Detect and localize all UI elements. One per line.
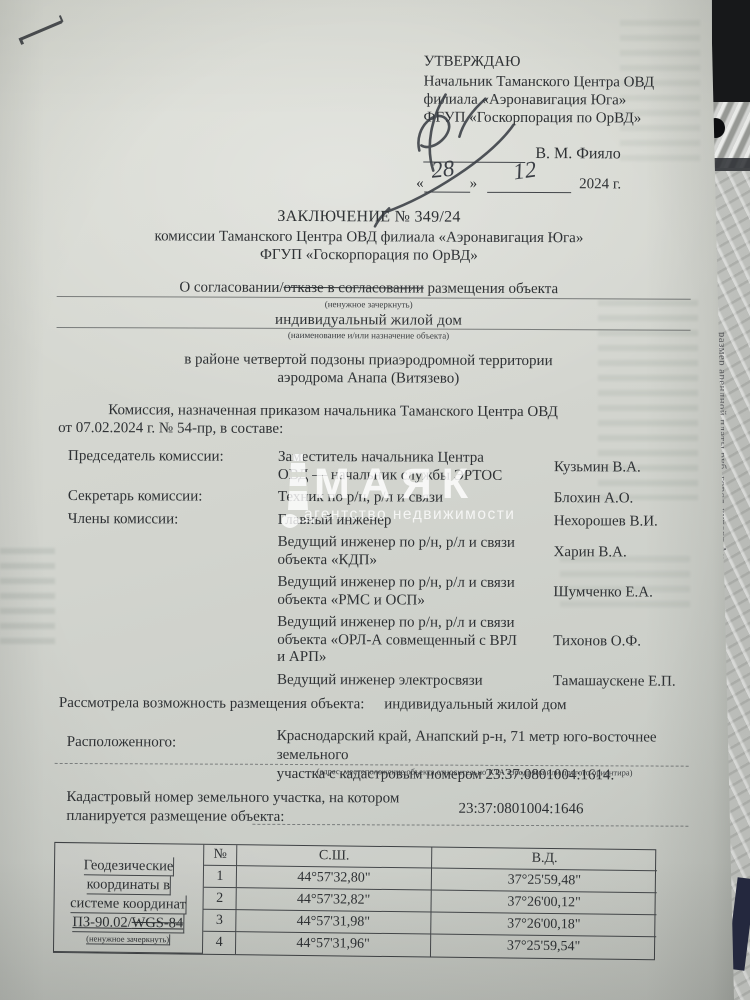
- geo-cell: 37°26'00,18": [431, 913, 656, 938]
- member-position: Заместитель начальника Центра ОВД — нача…: [278, 449, 554, 485]
- zone-description: в районе четвертой подзоны приаэродромно…: [38, 350, 698, 389]
- coordinate-system: ПЗ-90.02/WGS-84: [72, 913, 184, 933]
- caption-object-name: (наименование и/или назначение объекта): [199, 330, 539, 341]
- caption-cross-out: (ненужное зачеркнуть): [199, 299, 539, 310]
- scanned-document-photo: аренды (без торгов» (далее – Порядок) по…: [0, 0, 750, 1000]
- commission-row: Ведущий инженер по р/н, р/л и связи объе…: [67, 613, 687, 668]
- geo-header-lon: В.Д.: [432, 848, 657, 872]
- member-name: Блохин А.О.: [554, 490, 688, 508]
- dark-background-strip: [712, 0, 750, 108]
- geo-cell: 4: [203, 932, 236, 954]
- consideration-value: индивидуальный жилой дом: [384, 696, 566, 713]
- member-role: [67, 613, 277, 666]
- geo-cell: 44°57'32,82": [237, 888, 432, 912]
- geo-system-cell: Геодезические координаты в системе коорд…: [54, 843, 204, 954]
- title-line3: ФГУП «Госкорпорация по ОрВД»: [39, 245, 699, 266]
- cadastre-label: Кадастровый номер земельного участка, на…: [66, 788, 406, 827]
- geo-cell: 37°25'59,54": [431, 935, 656, 960]
- member-role: [67, 670, 277, 688]
- member-name: Нехорошев В.И.: [554, 513, 688, 531]
- date-year: 2024 г.: [579, 175, 621, 193]
- intro-line2: от 07.02.2024 г. № 54-пр, в составе:: [58, 419, 678, 440]
- document-title: ЗАКЛЮЧЕНИЕ № 349/24 комиссии Таманского …: [39, 207, 699, 266]
- geo-cell: 44°57'31,98": [236, 910, 431, 934]
- document-page: УТВЕРЖДАЮ Начальник Таманского Центра ОВ…: [0, 0, 750, 1000]
- geo-header-lat: С.Ш.: [237, 845, 432, 868]
- member-position: Техник по р/н, р/л и связи: [278, 489, 554, 508]
- member-position: Ведущий инженер по р/н, р/л и связи объе…: [277, 574, 553, 610]
- location-label: Расположенного:: [67, 733, 177, 751]
- member-position: Главный инженер: [278, 511, 554, 530]
- geo-header-num: №: [204, 845, 237, 866]
- zone-line2: аэродрома Анапа (Витязево): [38, 368, 698, 389]
- geo-coordinates-table: Геодезические координаты в системе коорд…: [53, 842, 656, 960]
- commission-row: Ведущий инженер по р/н, р/л и связи объе…: [68, 533, 688, 571]
- consideration-label: Рассмотрела возможность размещения объек…: [59, 695, 365, 712]
- commission-intro: Комиссия, назначенная приказом начальник…: [58, 401, 678, 440]
- member-name: Тихонов О.Ф.: [553, 633, 687, 651]
- member-position: Ведущий инженер по р/н, р/л и связи объе…: [278, 534, 554, 570]
- commission-row: Председатель комиссии: Заместитель начал…: [68, 448, 688, 486]
- subject-agree: О согласовании/: [179, 279, 283, 295]
- caption-cross-out-2: (ненужное зачеркнуть): [86, 933, 170, 945]
- consideration-line: Рассмотрела возможность размещения объек…: [59, 694, 567, 714]
- subject-tail: размещения объекта: [424, 281, 558, 298]
- geo-cell: 37°25'59,48": [432, 869, 657, 894]
- commission-row: Секретарь комиссии: Техник по р/н, р/л и…: [68, 488, 688, 508]
- member-role: Члены комиссии:: [68, 510, 278, 528]
- commission-row: Члены комиссии: Главный инженер Нехороше…: [68, 510, 688, 530]
- geo-cell: 1: [204, 866, 237, 888]
- geo-cell: 3: [203, 910, 236, 932]
- geo-cell: 44°57'32,80": [237, 866, 432, 890]
- member-name: Харин В.А.: [554, 544, 688, 562]
- member-name: Тамашаускене Е.П.: [553, 673, 687, 691]
- approve-word: УТВЕРЖДАЮ: [424, 53, 686, 72]
- commission-row: Ведущий инженер по р/н, р/л и связи объе…: [67, 573, 687, 611]
- member-role: [67, 573, 277, 609]
- member-name: Кузьмин В.А.: [554, 459, 688, 477]
- member-position: Ведущий инженер по р/н, р/л и связи объе…: [277, 614, 553, 668]
- geo-cell: 44°57'31,96": [236, 932, 431, 956]
- member-role: Председатель комиссии:: [68, 448, 278, 484]
- member-name: Шумченко Е.А.: [553, 584, 687, 602]
- geo-cell: 2: [204, 888, 237, 910]
- title-line1: ЗАКЛЮЧЕНИЕ № 349/24: [39, 207, 699, 228]
- caption-address: (адрес, местоположение объекта относител…: [259, 766, 691, 778]
- member-role: [68, 533, 278, 569]
- member-position: Ведущий инженер электросвязи: [277, 671, 553, 690]
- cadastre-value: 23:37:0801004:1646: [458, 800, 583, 819]
- geo-cell: 37°26'00,12": [431, 891, 656, 916]
- member-role: Секретарь комиссии:: [68, 488, 278, 506]
- commission-list: Председатель комиссии: Заместитель начал…: [67, 448, 688, 696]
- document-content: УТВЕРЖДАЮ Начальник Таманского Центра ОВ…: [0, 0, 750, 1000]
- subject-struck: отказе в согласовании: [284, 280, 424, 297]
- commission-row: Ведущий инженер электросвязи Тамашаускен…: [67, 670, 687, 690]
- dark-band: [710, 158, 750, 171]
